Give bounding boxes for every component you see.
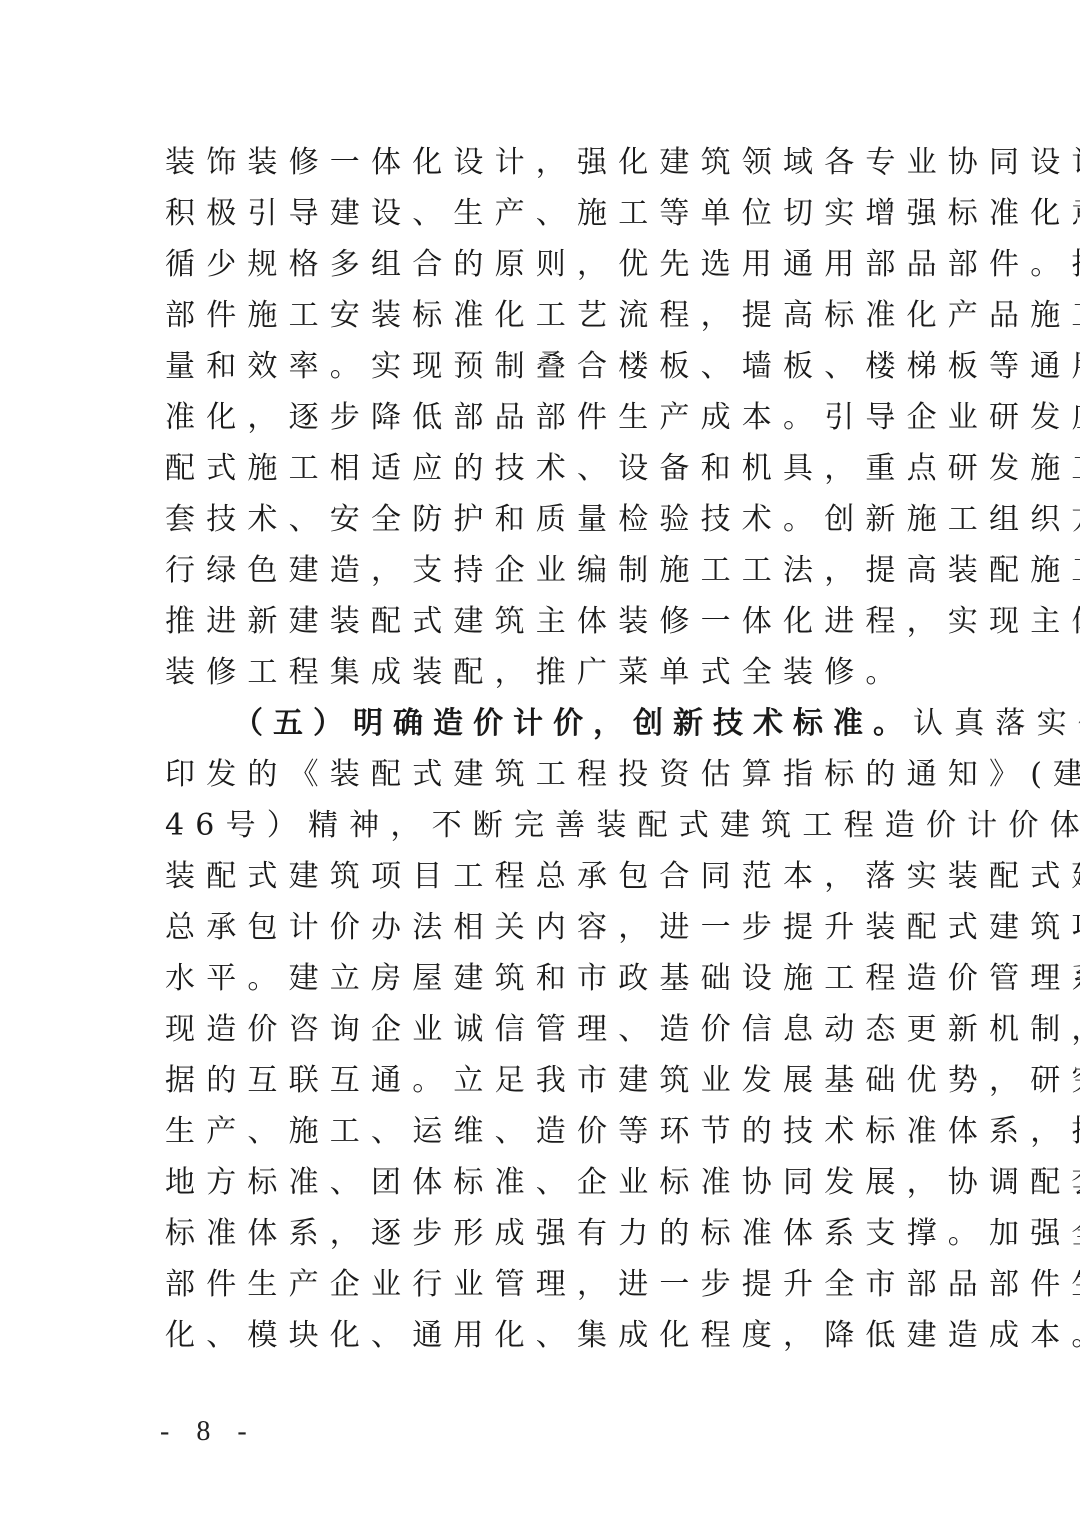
- section-heading-line: （五）明确造价计价，创新技术标准。认真落实住建部: [165, 698, 925, 749]
- text-line: 行绿色建造，支持企业编制施工工法，提高装配施工技能。: [165, 545, 925, 596]
- text-line: 积极引导建设、生产、施工等单位切实增强标准化意识，遵: [165, 188, 925, 239]
- text-line: 地方标准、团体标准、企业标准协同发展，协调配套的新型: [165, 1157, 925, 1208]
- text-line: 量和效率。实现预制叠合楼板、墙板、楼梯板等通用部件标: [165, 341, 925, 392]
- text-line: 总承包计价办法相关内容，进一步提升装配式建筑项目管理: [165, 902, 925, 953]
- text-line: 水平。建立房屋建筑和市政基础设施工程造价管理系统，实: [165, 953, 925, 1004]
- text-line: 据的互联互通。立足我市建筑业发展基础优势，研究设计、: [165, 1055, 925, 1106]
- body-text: 装饰装修一体化设计，强化建筑领域各专业协同设计能力。 积极引导建设、生产、施工等…: [165, 137, 925, 1361]
- text-line: 套技术、安全防护和质量检验技术。创新施工组织方式，推: [165, 494, 925, 545]
- text-line: 循少规格多组合的原则，优先选用通用部品部件。推广部品: [165, 239, 925, 290]
- page-number: - 8 -: [160, 1416, 257, 1448]
- section-heading-tail: 认真落实住建部: [913, 706, 1080, 741]
- text-line: 装饰装修一体化设计，强化建筑领域各专业协同设计能力。: [165, 137, 925, 188]
- section-heading: （五）明确造价计价，创新技术标准。: [233, 706, 913, 741]
- document-page: 装饰装修一体化设计，强化建筑领域各专业协同设计能力。 积极引导建设、生产、施工等…: [0, 0, 1080, 1527]
- text-line: 化、模块化、通用化、集成化程度，降低建造成本。: [165, 1310, 925, 1361]
- text-line: 配式施工相适应的技术、设备和机具，重点研发施工安装成: [165, 443, 925, 494]
- text-line: 现造价咨询企业诚信管理、造价信息动态更新机制，实现数: [165, 1004, 925, 1055]
- text-line: 印发的《装配式建筑工程投资估算指标的通知》(建标〔2023〕: [165, 749, 925, 800]
- text-line: 生产、施工、运维、造价等环节的技术标准体系，推动建立: [165, 1106, 925, 1157]
- text-line: 标准体系，逐步形成强有力的标准体系支撑。加强全市部品: [165, 1208, 925, 1259]
- text-line: 准化，逐步降低部品部件生产成本。引导企业研发应用与装: [165, 392, 925, 443]
- text-line: 装配式建筑项目工程总承包合同范本，落实装配式建筑工程: [165, 851, 925, 902]
- text-line: 装修工程集成装配，推广菜单式全装修。: [165, 647, 925, 698]
- text-line: 推进新建装配式建筑主体装修一体化进程，实现主体结构和: [165, 596, 925, 647]
- text-line: 部件生产企业行业管理，进一步提升全市部品部件生产标准: [165, 1259, 925, 1310]
- text-line: 46号）精神，不断完善装配式建筑工程造价计价体系，编制: [165, 800, 925, 851]
- text-line: 部件施工安装标准化工艺流程，提高标准化产品施工安装质: [165, 290, 925, 341]
